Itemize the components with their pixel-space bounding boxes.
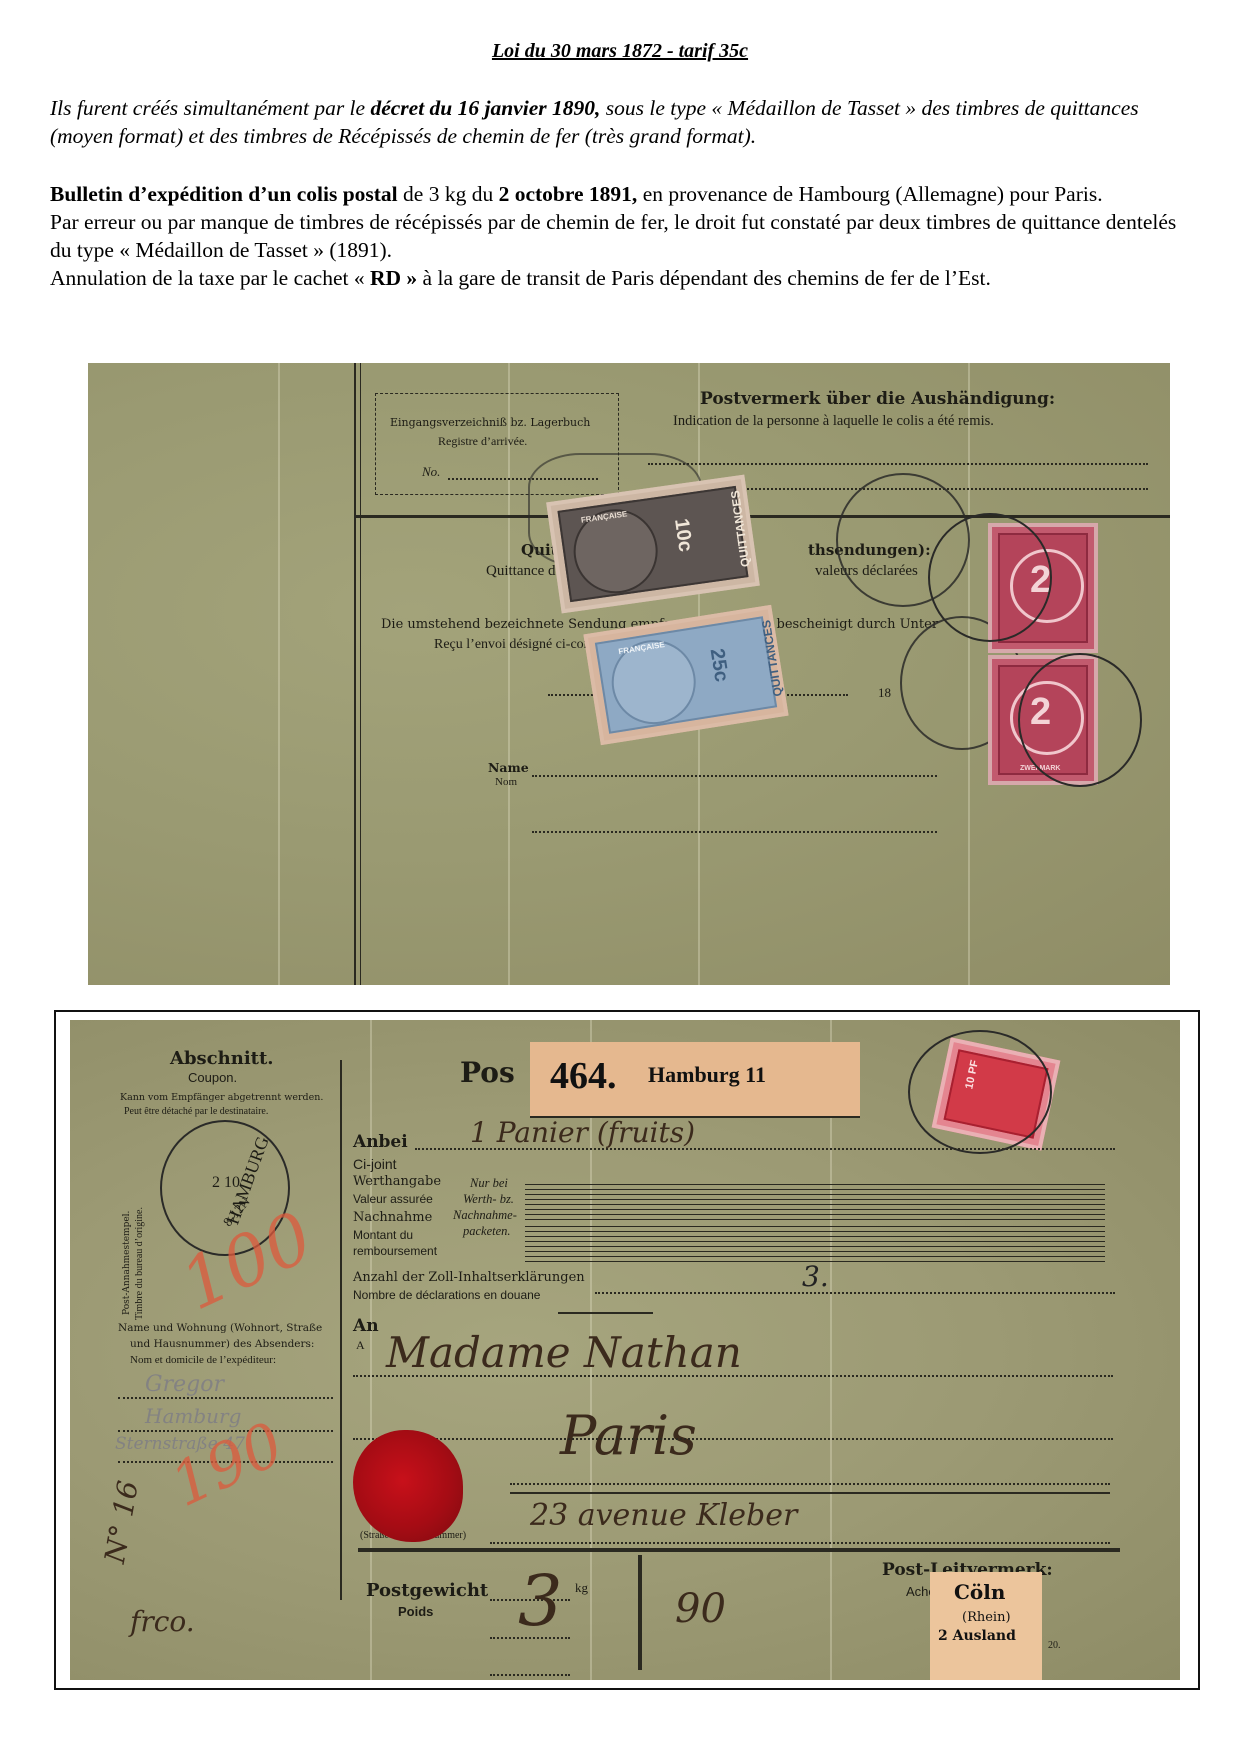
intro-paragraph: Ils furent créés simultanément par le dé…	[50, 94, 1200, 150]
street-handwriting: 23 avenue Kleber	[530, 1498, 797, 1533]
franco-handwriting: frco.	[130, 1605, 195, 1638]
hatched-box	[525, 1226, 1105, 1262]
column-rule	[638, 1555, 642, 1670]
paper-crease	[830, 1020, 832, 1680]
hamburg-postmark	[928, 513, 1052, 642]
parcel-number-label: 464. Hamburg 11	[530, 1042, 860, 1116]
coupon-title-french: Coupon.	[188, 1070, 237, 1085]
dispatch-note-back-image: Eingangsverzeichniß bz. Lagerbuch Regist…	[88, 363, 1170, 985]
hamburg-postmark	[1018, 653, 1142, 787]
city-handwriting: Paris	[560, 1404, 697, 1467]
number-handwriting: N° 16	[98, 1478, 145, 1566]
customs-handwriting: 3.	[802, 1260, 829, 1293]
description-paragraph: Bulletin d’expédition d’un colis postal …	[50, 180, 1200, 292]
name-label-german: Name	[488, 760, 529, 775]
weight-handwriting: 3	[518, 1560, 563, 1642]
year-prefix: 18	[878, 685, 891, 701]
column-rule	[360, 363, 361, 985]
enclosed-handwriting: 1 Panier (fruits)	[470, 1116, 695, 1149]
column-rule	[354, 363, 356, 985]
name-label-french: Nom	[495, 776, 517, 788]
delivery-header-german: Postvermerk über die Aushändigung:	[700, 389, 1055, 409]
coupon-rule	[340, 1060, 342, 1600]
routing-label: Cöln (Rhein) 2 Ausland	[930, 1572, 1042, 1680]
received-french: Reçu l’envoi désigné ci-contre	[434, 637, 605, 653]
hatched-box	[525, 1184, 1105, 1220]
dispatch-note-front-image: Abschnitt. Coupon. Kann vom Empfänger ab…	[70, 1020, 1180, 1680]
header-fragment: Pos	[460, 1056, 515, 1089]
description-line-2: Par erreur ou par manque de timbres de r…	[50, 208, 1200, 264]
hamburg-postmark	[908, 1030, 1052, 1154]
recipient-handwriting: Madame Nathan	[386, 1328, 742, 1377]
delivery-header-french: Indication de la personne à laquelle le …	[673, 413, 994, 430]
page-title: Loi du 30 mars 1872 - tarif 35c	[0, 40, 1240, 63]
description-line-3: Annulation de la taxe par le cachet « RD…	[50, 264, 1200, 292]
description-line-1: Bulletin d’expédition d’un colis postal …	[50, 180, 1200, 208]
paper-crease	[278, 363, 280, 985]
fee-handwriting: 90	[675, 1586, 726, 1632]
section-rule	[358, 1548, 1120, 1552]
section-rule	[356, 515, 1170, 518]
coupon-title-german: Abschnitt.	[170, 1048, 274, 1069]
